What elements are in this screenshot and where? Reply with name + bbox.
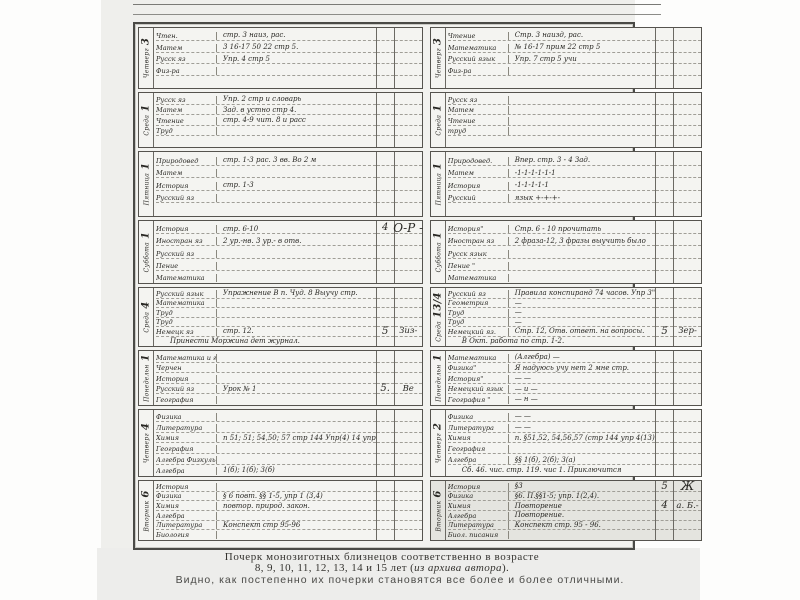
- day-label: Среда4: [139, 288, 154, 346]
- subject-cell: История: [156, 225, 217, 233]
- grade-cell: [656, 115, 673, 126]
- subject-cell: География: [156, 396, 217, 404]
- diary-row: История"Стр. 6 - 10 прочитать: [448, 222, 655, 234]
- signature-column: [673, 28, 701, 88]
- grade-column: [376, 410, 394, 476]
- assignment-cell: п. §51,52, 54,56,57 (стр 144 упр 4(13): [509, 434, 655, 443]
- diary-row: Иностран яз2 фраза-12, 3 фразы выучить б…: [448, 234, 655, 246]
- grade-cell: [656, 411, 673, 422]
- subject-cell: Немецк яз: [156, 328, 217, 336]
- diary-row: Русский язПравила конспиранд 74 часов. У…: [448, 289, 655, 299]
- diary-row: Математика№ 16-17 прим 22 стр 5: [448, 41, 655, 53]
- assignment-cell: (Алгебра) —: [509, 353, 655, 362]
- subject-cell: Чтение: [156, 117, 217, 125]
- assignment-cell: стр. 6-10: [217, 225, 376, 234]
- grade-column: [655, 410, 673, 476]
- signature-cell: [395, 115, 422, 126]
- diary-row: Геометрия—: [448, 299, 655, 309]
- signature-cell: [395, 465, 422, 475]
- subject-cell: Русский яз: [448, 290, 509, 298]
- signature-cell: [395, 76, 422, 87]
- signature-cell: [395, 126, 422, 137]
- assignment-cell: -1-1-1-1-1-1: [509, 169, 655, 178]
- subject-cell: Геометрия: [448, 299, 509, 307]
- grade-cell: [656, 53, 673, 65]
- subject-cell: Физ-ра: [156, 67, 217, 75]
- assignment-cell: Стр. 12, Отв. ответ. на вопросы.: [509, 327, 655, 336]
- day-label-text: Вторник6: [141, 490, 152, 531]
- signature-cell: [395, 289, 422, 299]
- assignment-cell: стр. 12.: [217, 327, 376, 336]
- signature-cell: О-Р -: [395, 222, 422, 234]
- subject-cell: Чтен.: [156, 32, 217, 40]
- day-label-text: Четверг3: [141, 38, 152, 78]
- signature-cell: Зер-: [674, 327, 701, 337]
- assignment-cell: —: [509, 318, 655, 327]
- subject-cell: Физика: [448, 413, 509, 421]
- section-rows: История"Стр. 6 - 10 прочитатьИностран яз…: [446, 221, 655, 283]
- assignment-cell: Упр. 2 стр и словарь: [217, 95, 376, 104]
- diary-page-left: Четверг3Чтен.стр. 3 наиз, рас.Матем3 16-…: [138, 27, 423, 545]
- diary-row: Русский яз: [156, 191, 376, 204]
- caption-line-3: Видно, как постепенно их почерки становя…: [100, 574, 700, 586]
- diary-row: Математика: [156, 299, 376, 309]
- signature-cell: [674, 153, 701, 166]
- day-label: Пятница1: [431, 152, 446, 216]
- signature-cell: [674, 94, 701, 105]
- grade-cell: [656, 394, 673, 404]
- grade-cell: [377, 299, 394, 309]
- diary-section: Пятница1Природоведстр. 1-3 рас. 3 вв. Во…: [138, 151, 423, 217]
- subject-cell: Русский яз: [156, 194, 217, 202]
- assignment-cell: Повторение.: [509, 511, 655, 520]
- signature-cell: [395, 337, 422, 346]
- diary-row: Историястр. 6-10: [156, 222, 376, 234]
- subject-cell: Матем: [156, 44, 217, 52]
- signature-column: [673, 93, 701, 147]
- subject-cell: Физика": [448, 364, 509, 372]
- day-label-text: Вторник6: [432, 490, 443, 531]
- signature-cell: [674, 29, 701, 41]
- teacher-signature: Зер-: [678, 326, 697, 336]
- grade-cell: [377, 454, 394, 465]
- diary-row: Матем-1-1-1-1-1-1: [448, 166, 655, 179]
- section-rows: Историястр. 6-10Иностран яз2 ур.-нв. 3 у…: [154, 221, 376, 283]
- diary-row: Историястр. 1-3: [156, 178, 376, 191]
- grade-column: 5.: [376, 351, 394, 405]
- grade-cell: [656, 337, 673, 346]
- subject-cell: Чтение: [448, 117, 509, 125]
- assignment-cell: Упр. 4 стр 5: [217, 55, 376, 64]
- section-rows: Природовед.Впер. стр. 3 - 4 Зад.Матем-1-…: [446, 152, 655, 216]
- signature-column: О-Р -: [394, 221, 422, 283]
- signature-column: [673, 221, 701, 283]
- diary-row: Физика"Я надуюсь учу нет 2 мне стр.: [448, 363, 655, 374]
- signature-cell: [395, 373, 422, 384]
- signature-cell: [674, 203, 701, 215]
- signature-cell: [674, 363, 701, 374]
- day-number: 1: [141, 232, 152, 239]
- signature-cell: [395, 492, 422, 502]
- grade-value: 4: [382, 222, 388, 233]
- grade-cell: [656, 352, 673, 363]
- assignment-cell: Конспект стр 95-96: [217, 521, 376, 530]
- grade-cell: [377, 501, 394, 511]
- grade-cell: [377, 443, 394, 454]
- diary-row: Математика: [448, 271, 655, 282]
- assignment-cell: Впер. стр. 3 - 4 Зад.: [509, 156, 655, 165]
- grade-cell: [656, 363, 673, 374]
- diary-row: АлгебраПовторение.: [448, 511, 655, 521]
- signature-cell: Ж: [674, 482, 701, 492]
- signature-cell: [395, 246, 422, 258]
- signature-cell: [395, 501, 422, 511]
- day-label-text: Четверг4: [141, 423, 152, 463]
- assignment-cell: §6. П.§§1-5; упр. 1(2,4).: [509, 492, 655, 501]
- signature-cell: [674, 352, 701, 363]
- assignment-cell: -1-1-1-1-1: [509, 181, 655, 190]
- subject-cell: Русский: [448, 194, 509, 202]
- subject-cell: Алгебра: [448, 512, 509, 520]
- diary-row: Физика§ 6 повт. §§ 1-5, упр 1 (3,4): [156, 492, 376, 502]
- subject-cell: Черчен: [156, 364, 217, 372]
- grade-cell: [377, 105, 394, 116]
- signature-cell: [395, 482, 422, 492]
- day-number: 1: [432, 232, 443, 239]
- teacher-signature: а. Б.-: [676, 501, 698, 511]
- day-label-text: Среда1: [141, 104, 152, 135]
- signature-cell: [674, 511, 701, 521]
- assignment-cell: — —: [509, 423, 655, 432]
- diary-section: Четверг2Физика— —Литература— —Химияп. §5…: [430, 409, 702, 477]
- diary-row: Матем: [448, 105, 655, 116]
- section-rows: ЧтениеСтр. 3 наизд, рас.Математика№ 16-1…: [446, 28, 655, 88]
- grade-column: [655, 93, 673, 147]
- grade-cell: [656, 178, 673, 191]
- day-label: Пятница1: [139, 152, 154, 216]
- subject-cell: История: [156, 182, 217, 190]
- day-number: 1: [432, 354, 443, 361]
- diary-row: ЧтениеСтр. 3 наизд, рас.: [448, 29, 655, 41]
- signature-cell: [674, 105, 701, 116]
- grade-cell: [656, 433, 673, 444]
- diary-row: География "— н —: [448, 394, 655, 404]
- diary-row: Русский язУрок № 1: [156, 384, 376, 395]
- signature-cell: [395, 178, 422, 191]
- day-label: Суббота1: [431, 221, 446, 283]
- subject-cell: История": [448, 225, 509, 233]
- assignment-cell: повтор. природ. закон.: [217, 502, 376, 511]
- signature-cell: [395, 299, 422, 309]
- grade-cell: 4: [377, 222, 394, 234]
- subject-cell: Труд: [448, 318, 509, 326]
- signature-column: [673, 351, 701, 405]
- diary-row: ЛитератураКонспект стр. 95 - 96.: [448, 521, 655, 531]
- signature-cell: [674, 422, 701, 433]
- subject-cell: Биология: [156, 531, 217, 539]
- day-label: Вторник6: [431, 481, 446, 540]
- grade-cell: [377, 530, 394, 539]
- section-rows: Русск язУпр. 2 стр и словарьМатемЗад. в …: [154, 93, 376, 147]
- section-rows: Русский языкУпражнение В п. Чуд. 8 Выучу…: [154, 288, 376, 346]
- grade-cell: [656, 153, 673, 166]
- diary-row: Немецк язстр. 12.: [156, 327, 376, 337]
- signature-cell: [674, 178, 701, 191]
- section-rows: Математика и геогрЧерченИсторияРусский я…: [154, 351, 376, 405]
- signature-cell: [395, 94, 422, 105]
- grade-column: [376, 481, 394, 540]
- grade-cell: [656, 373, 673, 384]
- signature-column: [673, 410, 701, 476]
- subject-cell: Немецкий яз.: [448, 328, 509, 336]
- diary-row: Алгебра Физкультура: [156, 454, 376, 465]
- grade-cell: [377, 352, 394, 363]
- grade-cell: [656, 521, 673, 531]
- grade-cell: [656, 443, 673, 454]
- signature-column: [394, 93, 422, 147]
- grade-cell: [377, 41, 394, 53]
- grade-cell: [377, 153, 394, 166]
- signature-cell: [395, 203, 422, 215]
- grade-cell: [377, 94, 394, 105]
- day-label: Среда1: [431, 93, 446, 147]
- assignment-cell: Правила конспиранд 74 часов. Упр 3": [509, 289, 655, 298]
- caption-line-2-pre: 8, 9, 10, 11, 12, 13, 14 и 15 лет (: [255, 562, 414, 574]
- subject-cell: Русск язык: [448, 250, 509, 258]
- diary-row: Физика: [156, 411, 376, 422]
- diary-row: Химияповтор. природ. закон.: [156, 501, 376, 511]
- diary-section: Среда1Русск язУпр. 2 стр и словарьМатемЗ…: [138, 92, 423, 148]
- subject-cell: Природовед.: [448, 157, 509, 165]
- signature-cell: [395, 454, 422, 465]
- diary-section: Четверг4ФизикаЛитератураХимияп 51; 51; 5…: [138, 409, 423, 477]
- grade-cell: [656, 136, 673, 146]
- day-number: 3: [432, 38, 443, 45]
- assignment-cell: Зад. в устно стр 4.: [217, 106, 376, 115]
- diary-row: Русский яз: [156, 246, 376, 258]
- diary-row: География: [448, 443, 655, 454]
- day-label-text: Понедельн1: [141, 354, 152, 402]
- caption-line-2-italic: из архива автора: [414, 562, 502, 574]
- subject-cell: Алгебра: [448, 456, 509, 464]
- signature-cell: [395, 308, 422, 318]
- note-cell: Сб. 46. чис. стр. 119. чис 1. Приключитс…: [448, 466, 655, 475]
- subject-cell: Пение: [156, 262, 217, 270]
- signature-cell: [395, 153, 422, 166]
- diary-row: Немецкий язык— и —: [448, 384, 655, 395]
- signature-cell: Зиз-: [395, 327, 422, 337]
- grade-cell: [377, 234, 394, 246]
- day-number: 1: [141, 354, 152, 361]
- subject-cell: Русский язык: [448, 55, 509, 63]
- day-label-text: Понедельн1: [432, 354, 443, 402]
- diary-row: Русск язУпр. 2 стр и словарь: [156, 94, 376, 105]
- assignment-cell: — и —: [509, 385, 655, 394]
- grade-cell: [377, 271, 394, 282]
- grade-cell: [656, 289, 673, 299]
- day-label: Суббота1: [139, 221, 154, 283]
- subject-cell: Чтение: [448, 32, 509, 40]
- diary-row: История§3: [448, 482, 655, 492]
- diary-section: Четверг3Чтен.стр. 3 наиз, рас.Матем3 16-…: [138, 27, 423, 89]
- diary-row: Чтениестр. 4-9 чит. 8 и расс: [156, 115, 376, 126]
- grade-column: [376, 152, 394, 216]
- signature-cell: [674, 384, 701, 395]
- diary-row: Матем3 16-17 50 22 стр 5.: [156, 41, 376, 53]
- day-label: Среда13/4: [431, 288, 446, 346]
- subject-cell: История: [156, 375, 217, 383]
- grade-value: 4: [661, 500, 667, 511]
- assignment-cell: Конспект стр. 95 - 96.: [509, 521, 655, 530]
- signature-column: [394, 152, 422, 216]
- day-number: 6: [432, 490, 443, 497]
- day-label-text: Среда4: [141, 301, 152, 332]
- diary-row: История-1-1-1-1-1: [448, 178, 655, 191]
- subject-cell: Физика: [448, 492, 509, 500]
- grade-cell: [656, 222, 673, 234]
- diary-section: Суббота1Историястр. 6-10Иностран яз2 ур.…: [138, 220, 423, 284]
- grade-cell: [656, 191, 673, 204]
- subject-cell: География: [156, 445, 217, 453]
- signature-cell: [674, 222, 701, 234]
- day-number: 3: [141, 38, 152, 45]
- subject-cell: Матем: [156, 169, 217, 177]
- assignment-cell: —: [509, 299, 655, 308]
- signature-column: Зер-: [673, 288, 701, 346]
- grade-column: 4: [376, 221, 394, 283]
- diary-row: Математика(Алгебра) —: [448, 352, 655, 363]
- diary-row: Физ-ра: [448, 64, 655, 76]
- grade-cell: [377, 178, 394, 191]
- day-number: 6: [141, 490, 152, 497]
- signature-cell: [395, 530, 422, 539]
- signature-cell: [395, 433, 422, 444]
- signature-cell: [395, 29, 422, 41]
- signature-cell: [674, 411, 701, 422]
- diary-row: Физика§6. П.§§1-5; упр. 1(2,4).: [448, 492, 655, 502]
- day-number: 13/4: [432, 292, 443, 318]
- signature-cell: [674, 530, 701, 539]
- subject-cell: История": [448, 375, 509, 383]
- note-cell: В Окт. работа по стр. 1-2.: [448, 337, 655, 346]
- grade-column: [655, 152, 673, 216]
- grade-cell: [656, 246, 673, 258]
- day-label-text: Среда13/4: [432, 292, 443, 342]
- diary-row: Математика и геогр: [156, 352, 376, 363]
- grade-cell: 5: [377, 327, 394, 337]
- subject-cell: Математика: [448, 274, 509, 282]
- diary-row: [448, 76, 655, 87]
- signature-column: Зиз-: [394, 288, 422, 346]
- grade-column: [655, 28, 673, 88]
- grade-cell: [377, 246, 394, 258]
- assignment-cell: стр. 1-3 рас. 3 вв. Во 2 м: [217, 156, 376, 165]
- signature-cell: [395, 234, 422, 246]
- day-number: 1: [141, 163, 152, 170]
- diary-row: Алгебра§§ 1(б), 2(б); 3(а): [448, 454, 655, 465]
- diary-figure-box: Четверг3Чтен.стр. 3 наиз, рас.Матем3 16-…: [133, 22, 635, 550]
- subject-cell: Химия: [448, 434, 509, 442]
- subject-cell: Математика: [156, 274, 217, 282]
- diary-row: Алгебра: [156, 511, 376, 521]
- signature-cell: [674, 234, 701, 246]
- diary-row: Немецкий яз.Стр. 12, Отв. ответ. на вопр…: [448, 327, 655, 337]
- diary-note-row: Сб. 46. чис. стр. 119. чис 1. Приключитс…: [448, 465, 655, 475]
- day-number: 4: [141, 301, 152, 308]
- grade-cell: [656, 299, 673, 309]
- diary-row: Матем: [156, 166, 376, 179]
- signature-column: [394, 28, 422, 88]
- diary-row: История"— —: [448, 373, 655, 384]
- subject-cell: Русский язык: [156, 290, 217, 298]
- day-label-text: Пятница1: [141, 163, 152, 206]
- grade-cell: [656, 511, 673, 521]
- diary-row: Литература: [156, 422, 376, 433]
- signature-cell: [674, 308, 701, 318]
- grade-cell: [377, 76, 394, 87]
- signature-cell: [674, 337, 701, 346]
- subject-cell: Химия: [156, 434, 217, 442]
- assignment-cell: стр. 4-9 чит. 8 и расс: [217, 116, 376, 125]
- assignment-cell: — —: [509, 412, 655, 421]
- section-rows: История§3Физика§6. П.§§1-5; упр. 1(2,4).…: [446, 481, 655, 540]
- grade-cell: [656, 105, 673, 116]
- subject-cell: Физика: [156, 413, 217, 421]
- signature-cell: [395, 443, 422, 454]
- diary-row: Биология: [156, 530, 376, 539]
- diary-section: Понедельн1Математика(Алгебра) —Физика"Я …: [430, 350, 702, 406]
- signature-cell: [395, 53, 422, 65]
- grade-value: 5: [661, 481, 667, 492]
- diary-row: Пение: [156, 259, 376, 271]
- grade-cell: [656, 308, 673, 318]
- day-label: Понедельн1: [431, 351, 446, 405]
- diary-row: История: [156, 373, 376, 384]
- day-label-text: Суббота1: [432, 232, 443, 273]
- grade-cell: [377, 422, 394, 433]
- subject-cell: Иностран яз: [156, 237, 217, 245]
- assignment-cell: стр. 3 наиз, рас.: [217, 31, 376, 40]
- teacher-signature: Зиз-: [399, 326, 417, 336]
- signature-cell: [674, 443, 701, 454]
- note-cell: Принести Моржина дет журнал.: [156, 337, 376, 346]
- section-rows: ИсторияФизика§ 6 повт. §§ 1-5, упр 1 (3,…: [154, 481, 376, 540]
- subject-cell: Труд: [156, 309, 217, 317]
- grade-cell: [377, 259, 394, 271]
- diary-section: Суббота1История"Стр. 6 - 10 прочитатьИно…: [430, 220, 702, 284]
- diary-section: Вторник6ИсторияФизика§ 6 повт. §§ 1-5, у…: [138, 480, 423, 541]
- grade-column: 54: [655, 481, 673, 540]
- subject-cell: Физ-ра: [448, 67, 509, 75]
- signature-cell: [395, 271, 422, 282]
- assignment-cell: стр. 1-3: [217, 181, 376, 190]
- grade-cell: [377, 115, 394, 126]
- signature-cell: [674, 136, 701, 146]
- grade-cell: [377, 166, 394, 179]
- day-number: 1: [141, 104, 152, 111]
- grade-cell: [656, 166, 673, 179]
- top-rule-2: [133, 14, 661, 15]
- diary-row: География: [156, 443, 376, 454]
- subject-cell: История: [156, 483, 217, 491]
- diary-note-row: Принести Моржина дет журнал.: [156, 337, 376, 346]
- assignment-cell: № 16-17 прим 22 стр 5: [509, 43, 655, 52]
- day-label: Четверг3: [431, 28, 446, 88]
- grade-cell: [656, 422, 673, 433]
- assignment-cell: § 6 повт. §§ 1-5, упр 1 (3,4): [217, 492, 376, 501]
- assignment-cell: — н —: [509, 395, 655, 404]
- section-rows: Математика(Алгебра) —Физика"Я надуюсь уч…: [446, 351, 655, 405]
